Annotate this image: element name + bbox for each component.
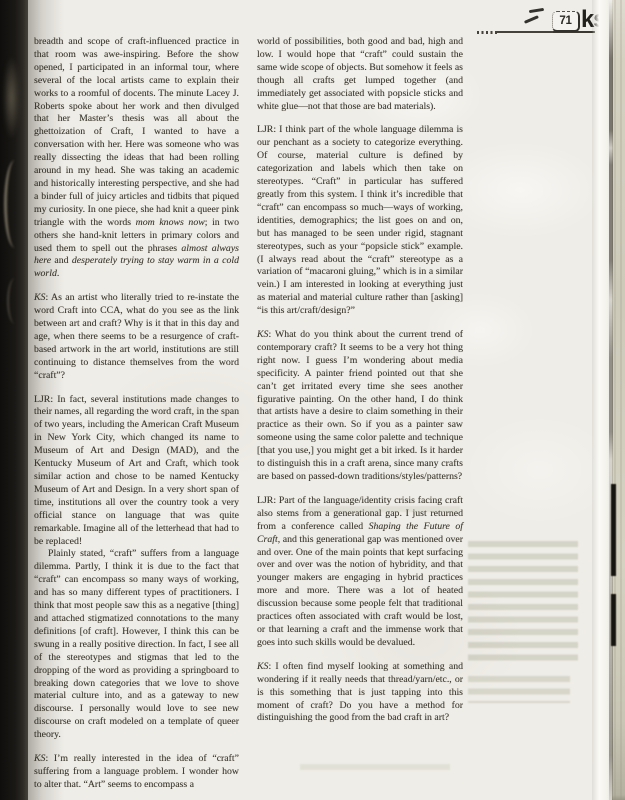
italic-text: KS — [257, 661, 268, 672]
text-run: LJR: In fact, several institutions made … — [34, 394, 239, 547]
header-rule — [497, 31, 554, 33]
text-run: Plainly stated, “craft” suffers from a l… — [34, 548, 239, 740]
text-run: and — [51, 255, 72, 266]
italic-text: KS — [34, 753, 45, 764]
paragraph: KS: As an artist who literally tried to … — [34, 292, 239, 382]
page-edge-highlight — [592, 0, 608, 800]
italic-text: mom knows now — [136, 217, 205, 228]
right-text-column: world of possibilities, both good and ba… — [257, 36, 463, 725]
text-run: , and this generational gap was mentione… — [257, 534, 463, 648]
paragraph: breadth and scope of craft-influenced pr… — [34, 36, 239, 281]
gutter-highlight — [3, 55, 20, 140]
italic-text: KS — [257, 329, 268, 340]
arrow-dash-icon — [524, 15, 539, 24]
page-edge-ink-marks — [611, 0, 616, 800]
text-run: . — [57, 268, 59, 279]
paragraph: LJR: In fact, several institutions made … — [34, 394, 239, 549]
gutter-highlight-arc — [7, 278, 23, 324]
bleedthrough-text — [468, 676, 570, 703]
book-gutter — [0, 0, 28, 800]
text-run: : What do you think about the current tr… — [257, 329, 463, 482]
paragraph: KS: What do you think about the current … — [257, 329, 463, 484]
text-run: : As an artist who literally tried to re… — [34, 292, 239, 380]
page-number: 71 — [559, 15, 571, 27]
left-text-column: breadth and scope of craft-influenced pr… — [34, 36, 239, 792]
paragraph: LJR: I think part of the whole language … — [257, 124, 463, 318]
text-run: world of possibilities, both good and ba… — [257, 36, 463, 112]
paragraph: LJR: Part of the language/identity crisi… — [257, 495, 463, 650]
bleedthrough-text — [468, 541, 578, 667]
arrow-dash-icon — [529, 8, 544, 14]
gutter-highlight-arc — [4, 160, 26, 248]
bleedthrough-text — [300, 764, 450, 775]
paragraph: world of possibilities, both good and ba… — [257, 36, 463, 113]
text-run: : I often find myself looking at somethi… — [257, 661, 463, 724]
paragraph: KS: I’m really interested in the idea of… — [34, 753, 239, 792]
text-run: LJR: I think part of the whole language … — [257, 124, 463, 316]
text-run: breadth and scope of craft-influenced pr… — [34, 36, 239, 228]
paragraph: Plainly stated, “craft” suffers from a l… — [34, 548, 239, 742]
paragraph: KS: I often find myself looking at somet… — [257, 661, 463, 726]
page-number-box: 71 — [552, 11, 580, 32]
text-run: : I’m really interested in the idea of “… — [34, 753, 239, 790]
dotted-rule — [477, 31, 497, 34]
italic-text: KS — [34, 292, 45, 303]
scanned-book-page: 71 ks breadth and scope of craft-influen… — [0, 0, 625, 800]
